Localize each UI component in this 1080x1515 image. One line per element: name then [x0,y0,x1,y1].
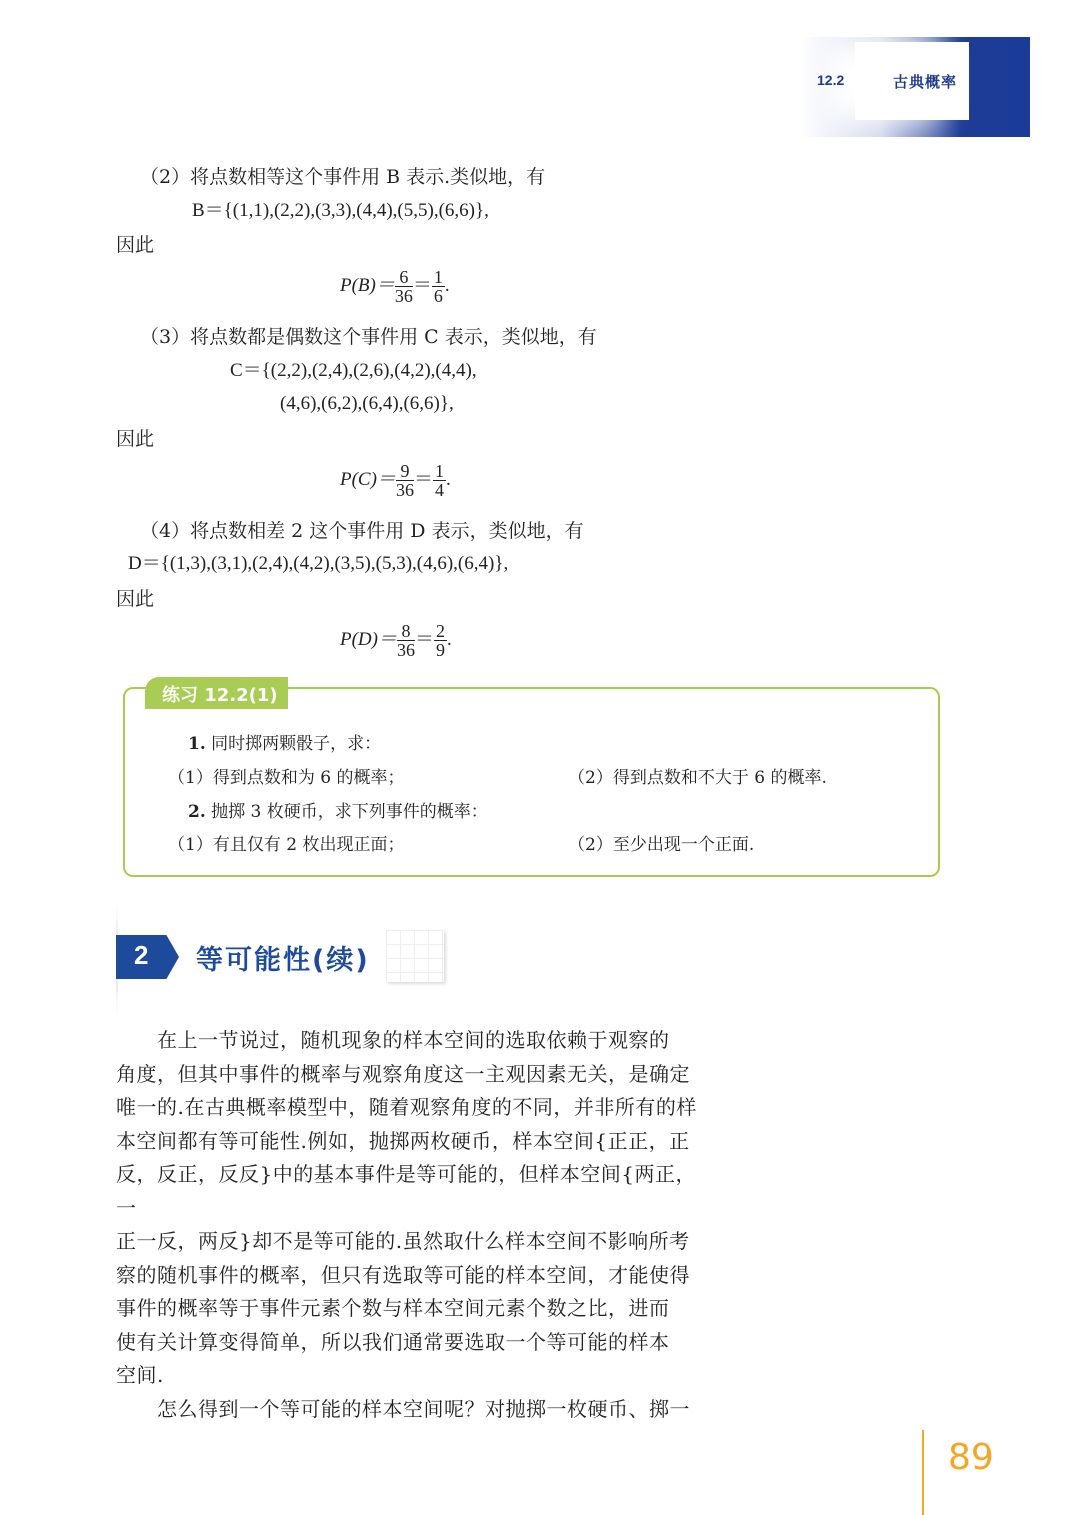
exercise-q1-a: （1）得到点数和为 6 的概率； [168,767,404,789]
part3-set-line1: C＝{(2,2),(2,4),(2,6),(4,2),(4,4), [230,359,477,383]
exercise-q1: 1. 同时掷两颗骰子，求： [188,733,381,755]
section-grid-decoration [386,930,444,982]
body-line: 唯一的.在古典概率模型中，随着观察角度的不同，并非所有的样 [116,1091,716,1125]
body-line: 正一反，两反}却不是等可能的.虽然取什么样本空间不影响所考 [116,1225,716,1259]
body-line: 本空间都有等可能性.例如，抛掷两枚硬币，样本空间{正正，正 [116,1125,716,1159]
section-heading: 等可能性(续) [196,938,370,977]
exercise-q2-b: （2）至少出现一个正面. [568,834,754,856]
fraction: 16 [432,268,445,305]
exercise-tab-label: 练习 12.2(1) [162,681,278,707]
fraction: 14 [433,462,446,499]
body-line: 空间. [116,1359,716,1393]
part2-probability: P(B)＝636＝16. [340,268,450,305]
page-number: 89 [948,1437,994,1478]
part3-intro: （3）将点数都是偶数这个事件用 C 表示，类似地，有 [140,325,597,349]
part2-therefore: 因此 [116,233,154,257]
fraction: 936 [396,462,414,499]
section-title: 古典概率 [893,71,957,92]
body-line: 角度，但其中事件的概率与观察角度这一主观因素无关，是确定 [116,1058,716,1092]
part4-probability: P(D)＝836＝29. [340,622,452,659]
body-line: 反，反正，反反}中的基本事件是等可能的，但样本空间{两正，一 [116,1158,716,1225]
part3-therefore: 因此 [116,427,154,451]
section-number-label: 2 [134,940,148,971]
part4-therefore: 因此 [116,587,154,611]
body-line: 察的随机事件的概率，但只有选取等可能的样本空间，才能使得 [116,1259,716,1293]
exercise-q1-b: （2）得到点数和不大于 6 的概率. [568,767,827,789]
part4-intro: （4）将点数相差 2 这个事件用 D 表示，类似地，有 [140,519,584,543]
fraction: 836 [397,622,415,659]
part3-set-line2: (4,6),(6,2),(6,4),(6,6)}, [280,392,454,416]
fraction: 636 [395,268,413,305]
part4-set: D＝{(1,3),(3,1),(2,4),(4,2),(3,5),(5,3),(… [128,552,508,576]
part3-probability: P(C)＝936＝14. [340,462,451,499]
prob-lhs: P(B)＝ [340,275,395,296]
fraction: 29 [434,622,447,659]
body-line: 怎么得到一个等可能的样本空间呢？对抛掷一枚硬币、掷一 [116,1393,716,1427]
part2-intro: （2）将点数相等这个事件用 B 表示.类似地，有 [140,165,545,189]
body-line: 在上一节说过，随机现象的样本空间的选取依赖于观察的 [116,1024,716,1058]
body-text: 在上一节说过，随机现象的样本空间的选取依赖于观察的 角度，但其中事件的概率与观察… [116,1024,716,1426]
section-number: 12.2 [817,72,844,88]
exercise-q2: 2. 抛掷 3 枚硬币，求下列事件的概率： [188,801,488,823]
body-line: 使有关计算变得简单，所以我们通常要选取一个等可能的样本 [116,1326,716,1360]
exercise-q2-a: （1）有且仅有 2 枚出现正面； [168,834,404,856]
body-line: 事件的概率等于事件元素个数与样本空间元素个数之比，进而 [116,1292,716,1326]
page-number-divider [922,1430,924,1515]
part2-set: B＝{(1,1),(2,2),(3,3),(4,4),(5,5),(6,6)}, [192,199,489,223]
